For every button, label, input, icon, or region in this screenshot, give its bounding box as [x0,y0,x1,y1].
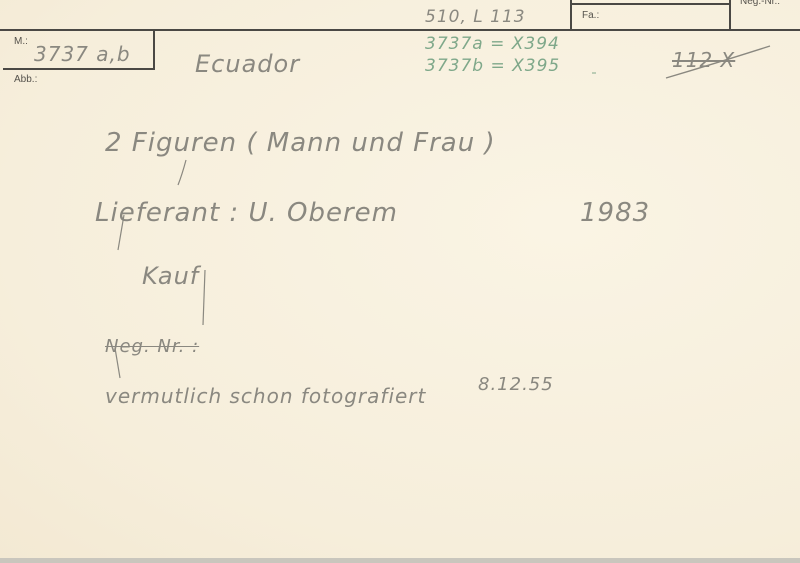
label-m: M.: [14,36,28,47]
m-number-value: 3737 a,b [34,42,131,66]
label-neg-nr: Neg.-Nr.: [740,0,780,7]
green-entry-b: 3737b = X395 [425,56,560,76]
background-strip [0,558,800,563]
label-fa: Fa.: [582,10,599,21]
struck-number-text: 112 X [672,48,735,72]
top-number-text: 510, L 113 [425,7,526,27]
fa-box-top-rule [572,3,729,5]
acquisition-text: Kauf [142,262,199,290]
index-card: M.: Abb.: Fa.: Neg.-Nr.: 3737 a,b Ecuado… [0,0,800,558]
neg-nr-struck-text: Neg. Nr. : [105,336,199,357]
pencil-strokes [0,0,800,558]
green-entry-a: 3737a = X394 [425,34,560,54]
region-text: Ecuador [195,50,300,78]
description-text: 2 Figuren ( Mann und Frau ) [105,128,496,158]
year-text: 1983 [580,198,650,228]
note-date-text: 8.12.55 [478,374,554,395]
supplier-text: Lieferant : U. Oberem [95,198,398,228]
note-text: vermutlich schon fotografiert [105,384,426,408]
label-abb: Abb.: [14,74,37,85]
